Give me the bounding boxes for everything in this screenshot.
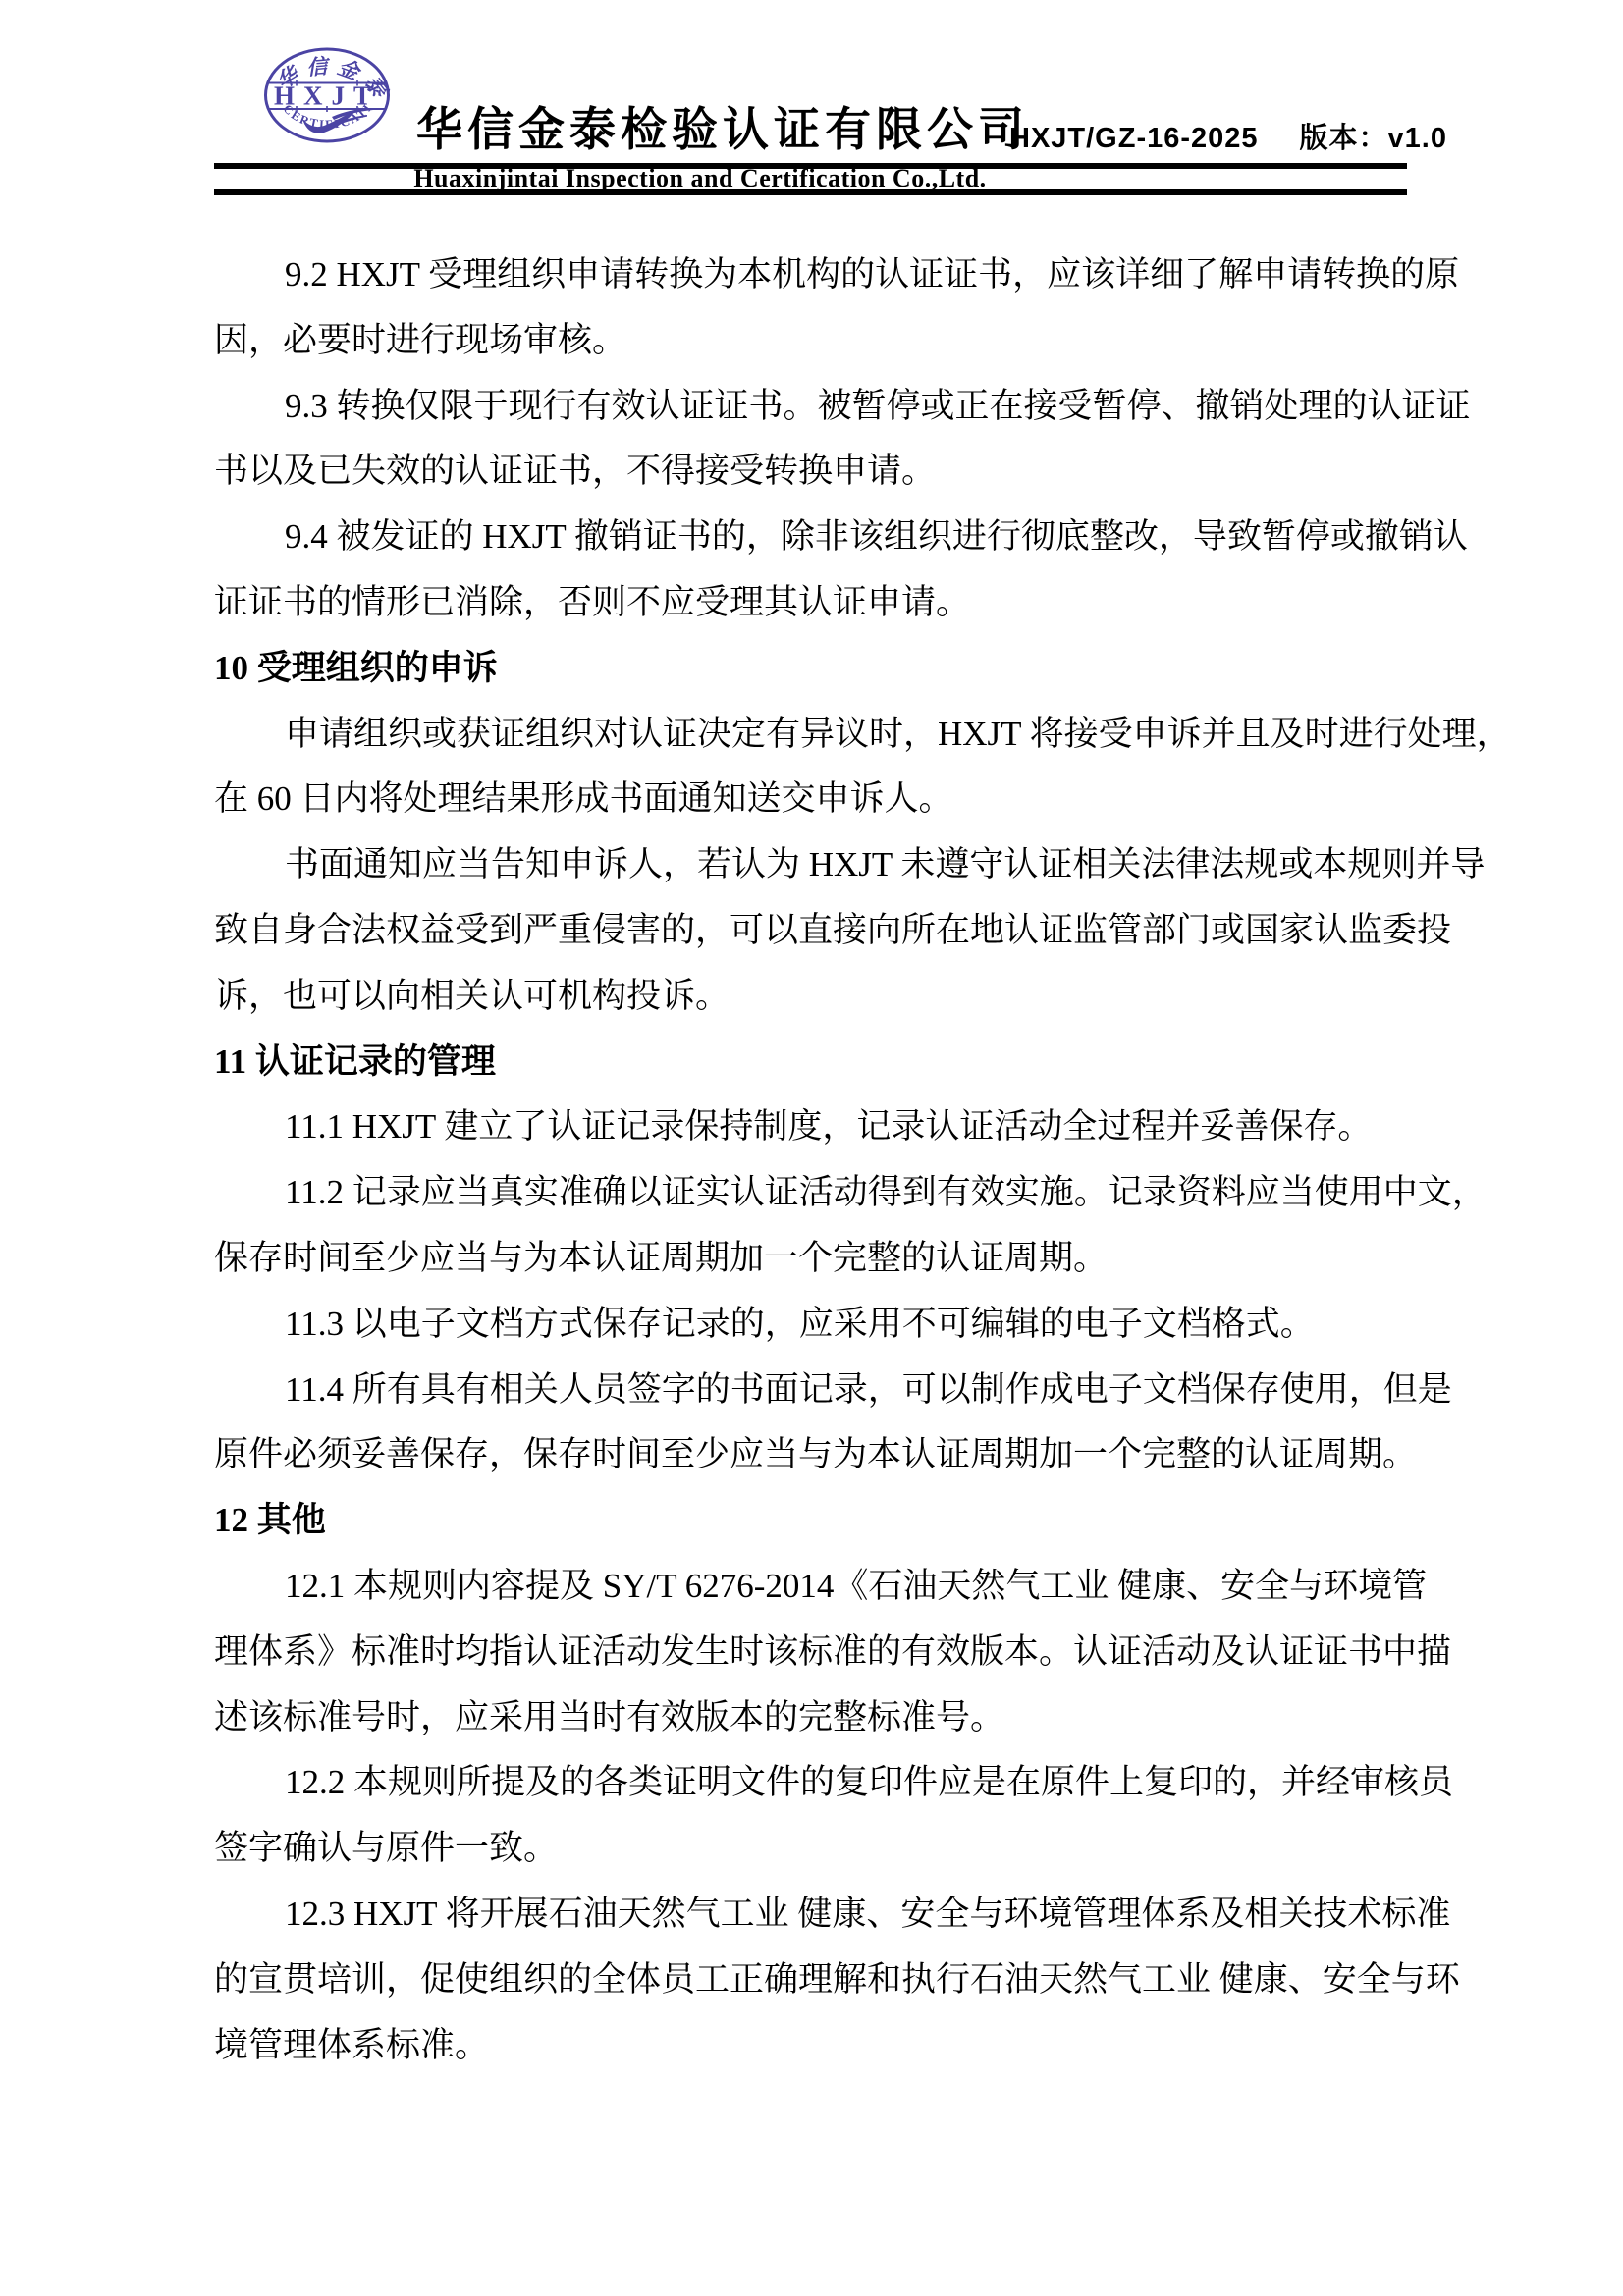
body-line: 理体系》标准时均指认证活动发生时该标准的有效版本。认证活动及认证证书中描 [214, 1620, 1417, 1685]
doc-number: HXJT/GZ-16-2025 [1009, 122, 1259, 155]
body-line: 证证书的情形已消除，否则不应受理其认证申请。 [214, 570, 1417, 636]
body-line: 因，必要时进行现场审核。 [214, 308, 1417, 374]
body-line: 在 60 日内将处理结果形成书面通知送交申诉人。 [214, 767, 1417, 832]
body-line: 9.3 转换仅限于现行有效认证证书。被暂停或正在接受暂停、撤销处理的认证证 [214, 374, 1417, 440]
body-line: 申请组织或获证组织对认证决定有异议时，HXJT 将接受申诉并且及时进行处理， [214, 702, 1417, 768]
section-heading: 12 其他 [214, 1488, 1417, 1554]
body-line: 述该标准号时，应采用当时有效版本的完整标准号。 [214, 1685, 1417, 1751]
body-line: 签字确认与原件一致。 [214, 1816, 1417, 1882]
version-label: 版本：v1.0 [1300, 122, 1447, 155]
body-line: 11.1 HXJT 建立了认证记录保持制度，记录认证活动全过程并妥善保存。 [214, 1095, 1417, 1160]
section-heading: 11 认证记录的管理 [214, 1030, 1417, 1095]
body-line: 11.3 以电子文档方式保存记录的，应采用不可编辑的电子文档格式。 [214, 1292, 1417, 1358]
body-line: 11.2 记录应当真实准确以证实认证活动得到有效实施。记录资料应当使用中文， [214, 1160, 1417, 1226]
company-name-en: Huaxinjintai Inspection and Certificatio… [214, 168, 1186, 189]
body-line: 致自身合法权益受到严重侵害的，可以直接向所在地认证监管部门或国家认监委投 [214, 898, 1417, 964]
body-line: 原件必须妥善保存，保存时间至少应当与为本认证周期加一个完整的认证周期。 [214, 1422, 1417, 1488]
body-line: 诉，也可以向相关认可机构投诉。 [214, 964, 1417, 1030]
body-line: 12.2 本规则所提及的各类证明文件的复印件应是在原件上复印的，并经审核员 [214, 1750, 1417, 1816]
section-heading: 10 受理组织的申诉 [214, 636, 1417, 702]
body-line: 9.2 HXJT 受理组织申请转换为本机构的认证证书，应该详细了解申请转换的原 [214, 242, 1417, 308]
document-page: 华信金泰 HXJT CERTIFICATION 华信金泰检验认证有限公司 HXJ… [0, 0, 1623, 2296]
body-line: 11.4 所有具有相关人员签字的书面记录，可以制作成电子文档保存使用，但是 [214, 1358, 1417, 1423]
header-rule-bottom [214, 189, 1407, 195]
document-body: 9.2 HXJT 受理组织申请转换为本机构的认证证书，应该详细了解申请转换的原因… [214, 242, 1417, 2078]
body-line: 9.4 被发证的 HXJT 撤销证书的，除非该组织进行彻底整改，导致暂停或撤销认 [214, 505, 1417, 570]
company-name-cn: 华信金泰检验认证有限公司 [416, 106, 1029, 155]
body-line: 12.1 本规则内容提及 SY/T 6276-2014《石油天然气工业 健康、安… [214, 1554, 1417, 1620]
document-meta: HXJT/GZ-16-2025 版本：v1.0 [1009, 122, 1447, 155]
body-line: 境管理体系标准。 [214, 2013, 1417, 2079]
body-line: 书面通知应当告知申诉人，若认为 HXJT 未遵守认证相关法律法规或本规则并导 [214, 832, 1417, 898]
body-line: 保存时间至少应当与为本认证周期加一个完整的认证周期。 [214, 1226, 1417, 1292]
body-line: 12.3 HXJT 将开展石油天然气工业 健康、安全与环境管理体系及相关技术标准 [214, 1882, 1417, 1948]
body-line: 的宣贯培训，促使组织的全体员工正确理解和执行石油天然气工业 健康、安全与环 [214, 1948, 1417, 2013]
company-logo: 华信金泰 HXJT CERTIFICATION [263, 46, 391, 144]
body-line: 书以及已失效的认证证书，不得接受转换申请。 [214, 439, 1417, 505]
